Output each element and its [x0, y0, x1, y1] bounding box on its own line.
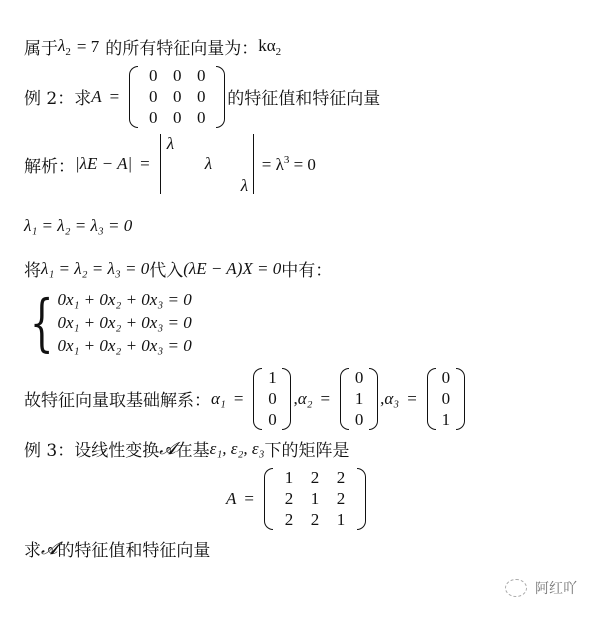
- equation: 0x₁ + 0x₂ + 0x₃ = 0: [57, 311, 191, 334]
- watermark: 阿红吖: [505, 578, 577, 598]
- matrix-cell: 0: [165, 87, 189, 106]
- matrix-a: A = 122212221: [226, 466, 368, 531]
- matrix-var: A: [226, 489, 236, 509]
- matrix-cell: 0: [189, 66, 213, 85]
- left-brace: {: [30, 292, 54, 354]
- equals: =: [244, 489, 254, 509]
- matrix-cell: 2: [302, 510, 328, 529]
- analysis-label: 解析：: [24, 152, 75, 177]
- analysis: 解析： |λE − A| = λ λ λ = λ3 = 0: [24, 134, 316, 194]
- matrix-cell: 0: [141, 66, 165, 85]
- char-poly-expr: |λE − A|: [75, 154, 132, 174]
- matrix-cell: 0: [189, 108, 213, 127]
- matrix-cell: 2: [276, 510, 302, 529]
- equals: =: [110, 87, 120, 107]
- example-label: 例 2：求: [24, 84, 91, 109]
- column-vector: 100: [253, 366, 291, 431]
- text: 属于: [24, 34, 58, 59]
- text: 例 3：设线性变换: [24, 436, 159, 461]
- det-result: = λ3 = 0: [262, 154, 316, 175]
- text: 的特征值和特征向量: [57, 536, 210, 561]
- vector-name: α₁: [211, 389, 226, 409]
- matrix-cell: 0: [165, 66, 189, 85]
- matrix-cell: 2: [276, 489, 302, 508]
- example-3: 例 3：设线性变换 𝓐 在基 ε₁, ε₂, ε₃ 下的矩阵是: [24, 436, 350, 461]
- equals: =: [140, 154, 150, 174]
- operator: 𝓐: [159, 439, 175, 459]
- equation: 0x₁ + 0x₂ + 0x₃ = 0: [57, 288, 191, 311]
- basis: ε₁, ε₂, ε₃: [210, 439, 265, 459]
- text: 将: [24, 256, 41, 281]
- column-vector: 001: [427, 366, 465, 431]
- determinant: λ λ λ: [160, 134, 254, 194]
- lambda: λ2: [58, 36, 71, 58]
- matrix-cell: 0: [141, 87, 165, 106]
- substitution: 将 λ₁ = λ₂ = λ₃ = 0 代入 (λE − A)X = 0 中有：: [24, 256, 332, 281]
- vector-name: α₃: [384, 389, 399, 409]
- text: 在基: [176, 436, 210, 461]
- equation: 0x₁ + 0x₂ + 0x₃ = 0: [57, 334, 191, 357]
- text: 的所有特征向量为：: [105, 34, 258, 59]
- equals-seven: = 7: [77, 37, 99, 57]
- matrix-cell: 0: [165, 108, 189, 127]
- text: 故特征向量取基础解系：: [24, 386, 211, 411]
- question: 求 𝓐 的特征值和特征向量: [24, 536, 210, 561]
- homogeneous-eq: (λE − A)X = 0: [183, 259, 281, 279]
- matrix: 122212221: [264, 466, 366, 531]
- result: kα2: [258, 36, 281, 58]
- matrix-cell: 1: [276, 468, 302, 487]
- zero-matrix: 000000000: [129, 64, 225, 129]
- eigenvector-statement: 属于 λ2 = 7 的所有特征向量为： kα2: [24, 34, 281, 59]
- text: 代入: [149, 256, 183, 281]
- equation-system: { 0x₁ + 0x₂ + 0x₃ = 0 0x₁ + 0x₂ + 0x₃ = …: [22, 288, 192, 357]
- matrix-var: A: [91, 87, 101, 107]
- text: 求: [24, 536, 41, 561]
- watermark-text: 阿红吖: [535, 578, 577, 598]
- operator: 𝓐: [41, 539, 57, 559]
- eigenvalue-expr: λ₁ = λ₂ = λ₃ = 0: [41, 259, 149, 279]
- matrix-cell: 0: [141, 108, 165, 127]
- text: 中有：: [281, 256, 332, 281]
- column-vector: 010: [340, 366, 378, 431]
- matrix-cell: 1: [302, 489, 328, 508]
- eigenvalues: λ₁ = λ₂ = λ₃ = 0: [24, 216, 132, 236]
- matrix-cell: 1: [328, 510, 354, 529]
- wechat-icon: [505, 579, 527, 597]
- matrix-cell: 0: [189, 87, 213, 106]
- vector-name: α₂: [298, 389, 313, 409]
- matrix-cell: 2: [328, 468, 354, 487]
- text: 下的矩阵是: [265, 436, 350, 461]
- text: 的特征值和特征向量: [227, 84, 380, 109]
- example-2: 例 2：求 A = 000000000 的特征值和特征向量: [24, 64, 380, 129]
- matrix-cell: 2: [302, 468, 328, 487]
- fundamental-solution: 故特征向量取基础解系： α₁=100, α₂=010, α₃=001: [24, 366, 467, 431]
- matrix-cell: 2: [328, 489, 354, 508]
